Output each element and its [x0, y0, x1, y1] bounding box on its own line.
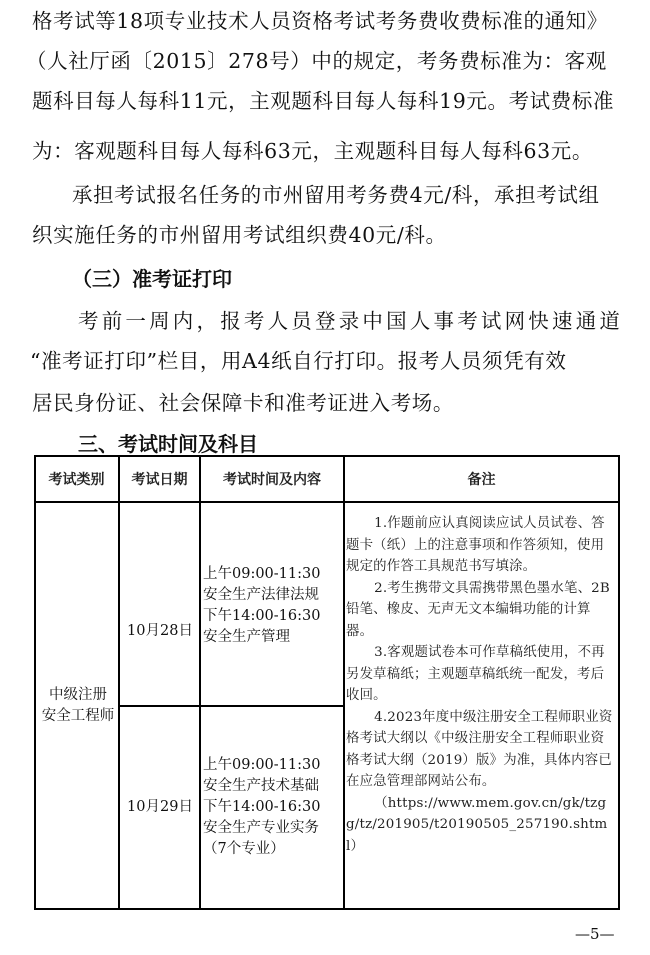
session-text: 上午09:00-11:30	[203, 564, 343, 585]
note-item: 4.2023年度中级注册安全工程师职业资格考试大纲以《中级注册安全工程师职业资格…	[346, 707, 616, 793]
note-item: 3.客观题试卷本可作草稿纸使用，不再另发草稿纸；主观题草稿纸统一配发，考后收回。	[346, 642, 616, 707]
session-text: 下午14:00-16:30	[203, 606, 343, 627]
column-header-category: 考试类别	[34, 455, 119, 502]
exam-sessions-cell: 上午09:00-11:30 安全生产法律法规 下午14:00-16:30 安全生…	[203, 564, 343, 648]
section-heading: 三、考试时间及科目	[78, 428, 258, 457]
table-border	[118, 705, 343, 707]
exam-schedule-table: 考试类别 考试日期 考试时间及内容 备注 中级注册 安全工程师 10月28日 上…	[34, 455, 619, 909]
text-line: “准考证打印”栏目，用A4纸自行打印。报考人员须凭有效	[30, 348, 620, 374]
text-line: 为：客观题科目每人每科63元，主观题科目每人每科63元。	[32, 138, 622, 164]
text-line: 考前一周内，报考人员登录中国人事考试网快速通道	[78, 308, 650, 334]
table-border	[199, 455, 201, 910]
note-item: 1.作题前应认真阅读应试人员试卷、答题卡（纸）上的注意事项和作答须知，使用规定的…	[346, 513, 616, 578]
notes-cell: 1.作题前应认真阅读应试人员试卷、答题卡（纸）上的注意事项和作答须知，使用规定的…	[346, 513, 616, 857]
column-header-time-content: 考试时间及内容	[200, 455, 344, 502]
table-border	[34, 908, 619, 910]
page-number: —5—	[575, 925, 615, 943]
text-line: 格考试等18项专业技术人员资格考试考务费收费标准的通知》	[32, 8, 622, 34]
category-text: 安全工程师	[38, 706, 118, 727]
category-text: 中级注册	[38, 685, 118, 706]
text-line: 承担考试报名任务的市州留用考务费4元/科，承担考试组	[72, 182, 650, 208]
session-text: 安全生产技术基础	[203, 776, 343, 797]
column-header-date: 考试日期	[119, 455, 200, 502]
session-text: 安全生产法律法规	[203, 585, 343, 606]
text-line: （人社厅函〔2015〕278号）中的规定，考务费标准为：客观	[26, 48, 616, 74]
text-line: 居民身份证、社会保障卡和准考证进入考场。	[32, 390, 622, 416]
table-border	[343, 455, 345, 910]
session-text: 安全生产专业实务	[203, 818, 343, 839]
session-text: 下午14:00-16:30	[203, 797, 343, 818]
table-border	[34, 455, 36, 910]
syllabus-link[interactable]: （https://www.mem.gov.cn/gk/tzgg/tz/20190…	[346, 793, 616, 858]
exam-date-cell: 10月29日	[120, 797, 200, 818]
exam-sessions-cell: 上午09:00-11:30 安全生产技术基础 下午14:00-16:30 安全生…	[203, 755, 343, 860]
session-text: 安全生产管理	[203, 627, 343, 648]
session-text: 上午09:00-11:30	[203, 755, 343, 776]
table-border	[118, 455, 120, 910]
note-item: 2.考生携带文具需携带黑色墨水笔、2B铅笔、橡皮、无声无文本编辑功能的计算器。	[346, 578, 616, 643]
admission-heading: （三）准考证打印	[72, 263, 232, 292]
session-text: （7个专业）	[203, 839, 343, 860]
column-header-notes: 备注	[344, 455, 619, 502]
table-border	[618, 455, 620, 910]
exam-category-cell: 中级注册 安全工程师	[38, 685, 118, 727]
text-line: 题科目每人每科11元，主观题科目每人每科19元。考试费标准	[32, 88, 622, 114]
exam-date-cell: 10月28日	[120, 621, 200, 642]
text-line: 织实施任务的市州留用考试组织费40元/科。	[32, 222, 622, 248]
